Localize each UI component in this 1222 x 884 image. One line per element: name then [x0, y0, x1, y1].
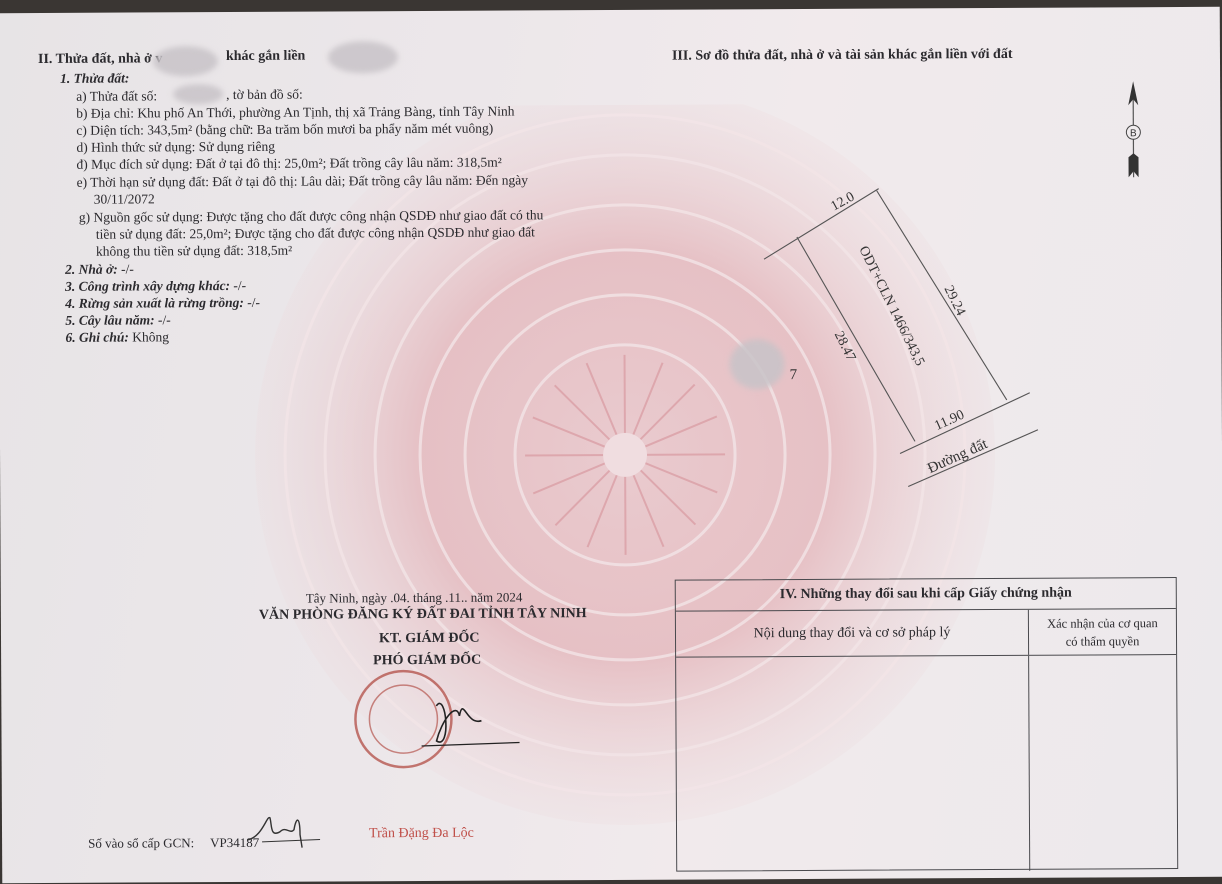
redacted-area [328, 41, 398, 73]
changes-table-header: Nội dung thay đổi và cơ sở pháp lý Xác n… [676, 609, 1176, 658]
usage-term-line1: e) Thời hạn sử dụng đất: Đất ở tại đô th… [77, 171, 528, 190]
redacted-area [173, 84, 223, 104]
house-label: 2. Nhà ở: [65, 262, 118, 277]
map-sheet-label: , tờ bản đồ số: [226, 86, 303, 103]
origin-line2: tiền sử dụng đất: 25,0m²; Được tặng cho … [96, 223, 535, 242]
edge-left-length: 28.47 [831, 329, 858, 364]
change-content-cell [676, 656, 1030, 873]
section3-title: III. Sơ đồ thửa đất, nhà ở và tài sản kh… [672, 46, 1013, 65]
area-line: c) Diện tích: 343,5m² (bằng chữ: Ba trăm… [76, 120, 493, 139]
other-construction-item: 3. Công trình xây dựng khác: -/- [65, 277, 246, 295]
official-stamp-icon [341, 660, 522, 771]
issue-date: Tây Ninh, ngày .04. tháng .11.. năm 2024 [306, 588, 523, 606]
perennial-label: 5. Cây lâu năm: [65, 312, 154, 327]
usage-term-line2: 30/11/2072 [94, 190, 155, 207]
column-change-content: Nội dung thay đổi và cơ sở pháp lý [676, 610, 1029, 657]
authority-confirmation-cell [1029, 655, 1177, 871]
registry-label: Số vào sổ cấp GCN: [88, 834, 194, 852]
changes-table-title: IV. Những thay đổi sau khi cấp Giấy chứn… [676, 578, 1176, 612]
perennial-value: -/- [155, 312, 171, 327]
parcel-label: ODT+CLN 1466/343,5 [855, 244, 927, 369]
other-construction-value: -/- [230, 278, 246, 293]
north-arrow-icon: B [1118, 77, 1149, 187]
parcel-diagram: 12.0 29.24 28.47 ODT+CLN 1466/343,5 11.9… [739, 168, 1061, 510]
usage-form-line: d) Hình thức sử dụng: Sử dụng riêng [76, 138, 275, 156]
compass-letter: B [1130, 128, 1137, 139]
usage-purpose-line: đ) Mục đích sử dụng: Đất ở tại đô thị: 2… [76, 154, 501, 173]
land-certificate-page: II. Thửa đất, nhà ở v khác gắn liền 1. T… [0, 7, 1222, 883]
note-value: Không [129, 329, 169, 344]
house-value: -/- [118, 261, 134, 276]
forest-label: 4. Rừng sản xuất là rừng trồng: [65, 295, 244, 311]
other-construction-label: 3. Công trình xây dựng khác: [65, 278, 230, 294]
section2-title-left: II. Thửa đất, nhà ở v [38, 50, 163, 68]
redacted-area [153, 46, 218, 76]
issuing-office: VĂN PHÒNG ĐĂNG KÝ ĐẤT ĐAI TỈNH TÂY NINH [259, 606, 587, 624]
parcel-number-label: a) Thửa đất số: [76, 87, 157, 104]
redacted-area [729, 339, 784, 389]
section2-title-right: khác gắn liền [226, 48, 305, 65]
road-label: Đường đất [925, 436, 991, 477]
registrar-signature-icon [242, 810, 322, 850]
forest-value: -/- [244, 295, 260, 310]
on-behalf-title: KT. GIÁM ĐỐC [379, 631, 480, 648]
house-item: 2. Nhà ở: -/- [65, 260, 134, 277]
note-item: 6. Ghi chú: Không [65, 328, 169, 346]
land-heading: 1. Thửa đất: [60, 70, 129, 87]
forest-item: 4. Rừng sản xuất là rừng trồng: -/- [65, 294, 260, 312]
perennial-item: 5. Cây lâu năm: -/- [65, 311, 170, 329]
origin-line3: không thu tiền sử dụng đất: 318,5m² [96, 242, 292, 260]
changes-table: IV. Những thay đổi sau khi cấp Giấy chứn… [675, 577, 1179, 872]
column-authority-confirmation: Xác nhận của cơ quancó thẩm quyền [1029, 609, 1176, 655]
neighbor-parcel-label: 7 [790, 367, 798, 383]
note-label: 6. Ghi chú: [65, 330, 128, 345]
changes-table-body [676, 655, 1177, 873]
signer-name: Trần Đặng Đa Lộc [369, 825, 474, 843]
